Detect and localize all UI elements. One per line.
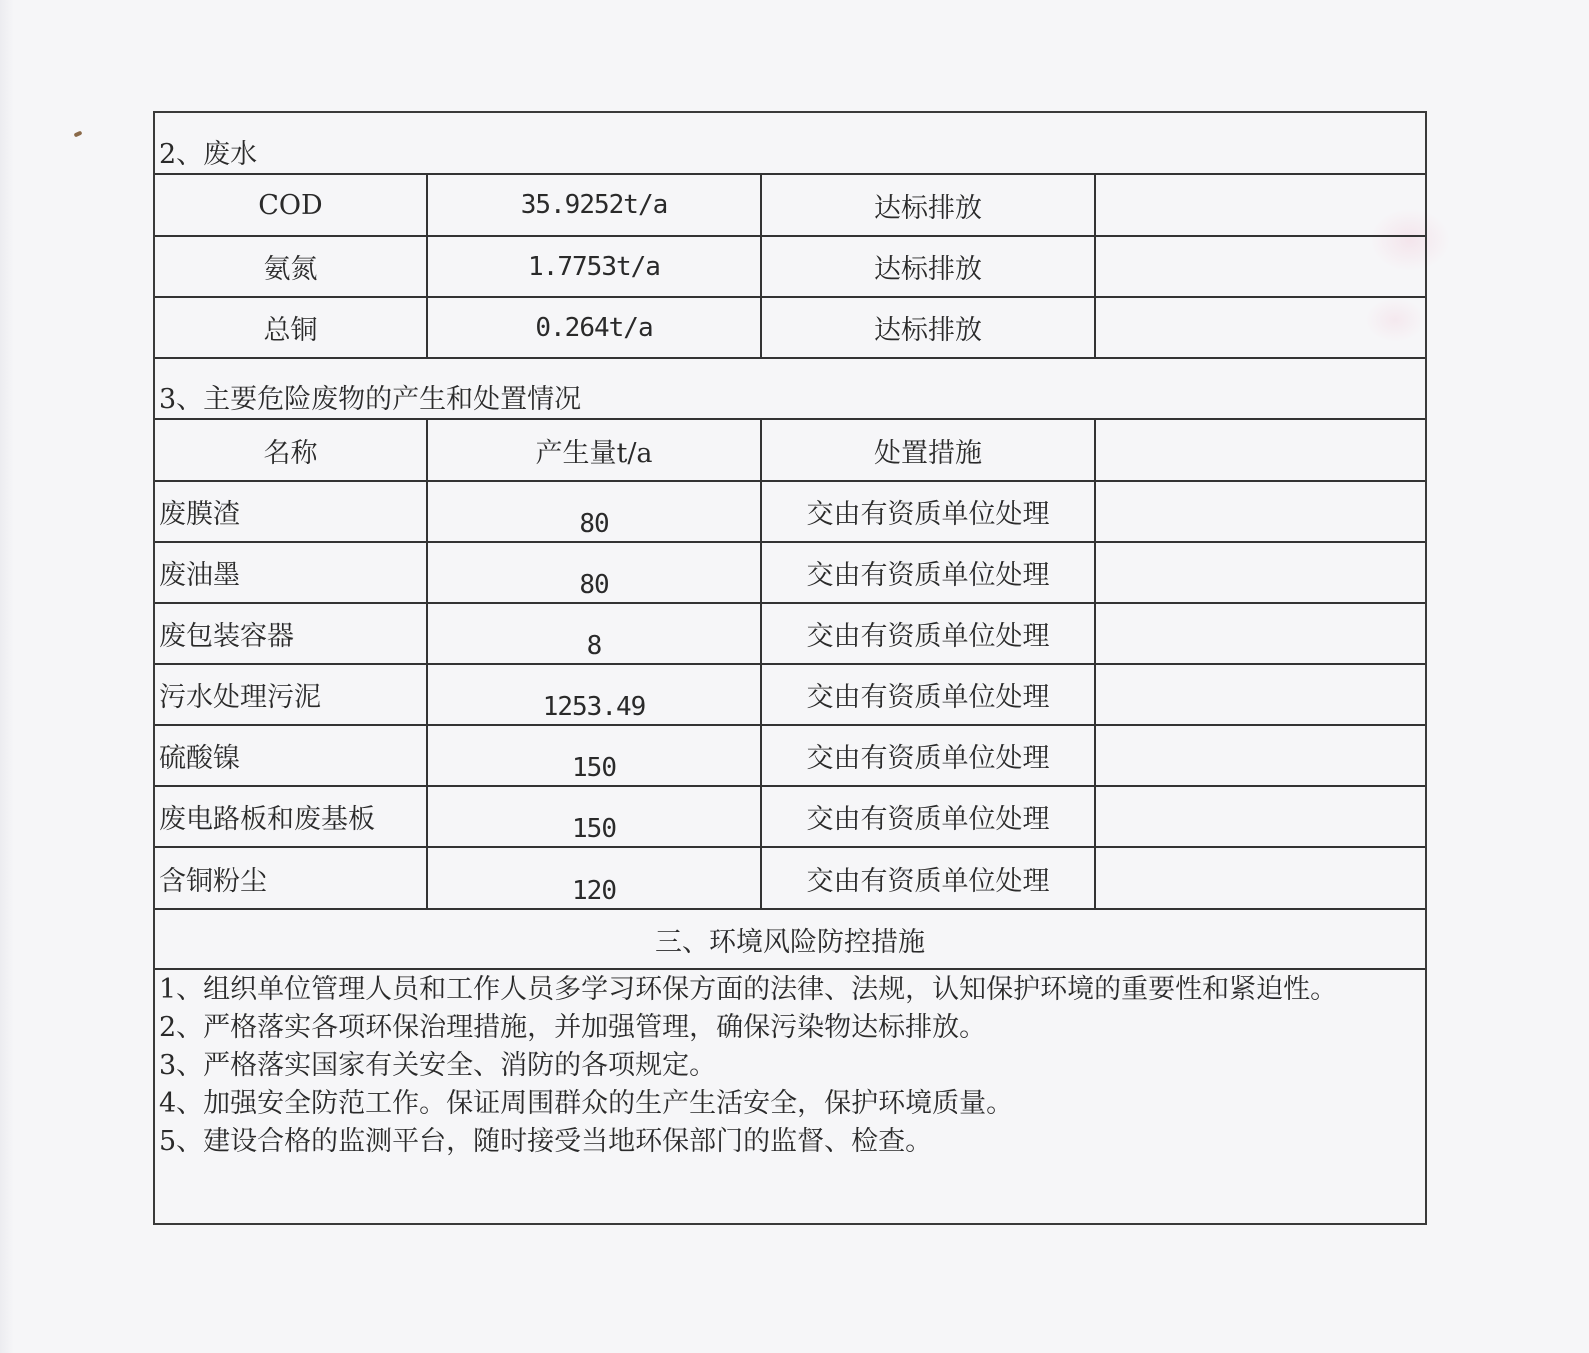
waste-disposal-cell: 交由有资质单位处理: [762, 543, 1096, 602]
waste-amount-cell: 80: [428, 543, 762, 602]
waste-amount-cell: 120: [428, 848, 762, 908]
waste-extra-cell: [1096, 665, 1427, 724]
table-row: 废油墨 80 交由有资质单位处理: [155, 543, 1425, 604]
wastewater-section-row: 2、废水: [155, 113, 1425, 175]
paper-speck: [74, 130, 83, 137]
table-row: COD 35.9252t/a 达标排放: [155, 175, 1425, 237]
waste-name-cell: 废电路板和废基板: [155, 787, 428, 846]
pollutant-cell: COD: [155, 175, 428, 235]
waste-amount-cell: 1253.49: [428, 665, 762, 724]
table-row: 废膜渣 80 交由有资质单位处理: [155, 482, 1425, 543]
measure-item: 5、建设合格的监测平台，随时接受当地环保部门的监督、检查。: [159, 1123, 1409, 1161]
waste-extra-cell: [1096, 604, 1427, 663]
hazardous-section-row: 3、主要危险废物的产生和处置情况: [155, 359, 1425, 420]
risk-control-measures: 1、组织单位管理人员和工作人员多学习环保方面的法律、法规，认知保护环境的重要性和…: [159, 971, 1409, 1161]
waste-name-cell: 硫酸镍: [155, 726, 428, 785]
header-disposal: 处置措施: [762, 420, 1096, 480]
waste-amount-cell: 150: [428, 726, 762, 785]
waste-extra-cell: [1096, 482, 1427, 541]
waste-name-cell: 废包装容器: [155, 604, 428, 663]
waste-extra-cell: [1096, 848, 1427, 908]
pollutant-cell: 氨氮: [155, 237, 428, 296]
note-cell: [1096, 237, 1427, 296]
waste-disposal-cell: 交由有资质单位处理: [762, 848, 1096, 908]
measure-item: 1、组织单位管理人员和工作人员多学习环保方面的法律、法规，认知保护环境的重要性和…: [159, 971, 1409, 1009]
waste-disposal-cell: 交由有资质单位处理: [762, 726, 1096, 785]
waste-extra-cell: [1096, 726, 1427, 785]
amount-cell: 35.9252t/a: [428, 175, 762, 235]
status-cell: 达标排放: [762, 298, 1096, 357]
header-extra: [1096, 420, 1427, 480]
waste-name-cell: 污水处理污泥: [155, 665, 428, 724]
waste-disposal-cell: 交由有资质单位处理: [762, 604, 1096, 663]
waste-name-cell: 废膜渣: [155, 482, 428, 541]
waste-disposal-cell: 交由有资质单位处理: [762, 482, 1096, 541]
pollutant-cell: 总铜: [155, 298, 428, 357]
note-cell: [1096, 175, 1427, 235]
waste-disposal-cell: 交由有资质单位处理: [762, 787, 1096, 846]
table-row: 废包装容器 8 交由有资质单位处理: [155, 604, 1425, 665]
header-amount: 产生量t/a: [428, 420, 762, 480]
amount-cell: 1.7753t/a: [428, 237, 762, 296]
waste-name-cell: 含铜粉尘: [155, 848, 428, 908]
wastewater-section-title: 2、废水: [159, 132, 257, 171]
report-table: 2、废水 COD 35.9252t/a 达标排放 氨氮 1.7753t/a 达标…: [153, 111, 1427, 1225]
hazardous-section-title: 3、主要危险废物的产生和处置情况: [159, 377, 581, 416]
status-cell: 达标排放: [762, 237, 1096, 296]
status-cell: 达标排放: [762, 175, 1096, 235]
measure-item: 3、严格落实国家有关安全、消防的各项规定。: [159, 1047, 1409, 1085]
table-row: 氨氮 1.7753t/a 达标排放: [155, 237, 1425, 298]
amount-cell: 0.264t/a: [428, 298, 762, 357]
scan-edge-shadow: [0, 0, 14, 1353]
table-row: 废电路板和废基板 150 交由有资质单位处理: [155, 787, 1425, 848]
table-row: 含铜粉尘 120 交由有资质单位处理: [155, 848, 1425, 910]
waste-amount-cell: 150: [428, 787, 762, 846]
measure-item: 4、加强安全防范工作。保证周围群众的生产生活安全，保护环境质量。: [159, 1085, 1409, 1123]
scanned-page: 2、废水 COD 35.9252t/a 达标排放 氨氮 1.7753t/a 达标…: [0, 0, 1589, 1353]
risk-control-title: 三、环境风险防控措施: [155, 910, 1425, 968]
waste-extra-cell: [1096, 787, 1427, 846]
table-row: 总铜 0.264t/a 达标排放: [155, 298, 1425, 359]
waste-disposal-cell: 交由有资质单位处理: [762, 665, 1096, 724]
measure-item: 2、严格落实各项环保治理措施，并加强管理，确保污染物达标排放。: [159, 1009, 1409, 1047]
header-name: 名称: [155, 420, 428, 480]
waste-amount-cell: 8: [428, 604, 762, 663]
waste-extra-cell: [1096, 543, 1427, 602]
table-row: 污水处理污泥 1253.49 交由有资质单位处理: [155, 665, 1425, 726]
risk-control-section-row: 三、环境风险防控措施: [155, 910, 1425, 970]
note-cell: [1096, 298, 1427, 357]
hazardous-header-row: 名称 产生量t/a 处置措施: [155, 420, 1425, 482]
table-row: 硫酸镍 150 交由有资质单位处理: [155, 726, 1425, 787]
waste-amount-cell: 80: [428, 482, 762, 541]
waste-name-cell: 废油墨: [155, 543, 428, 602]
